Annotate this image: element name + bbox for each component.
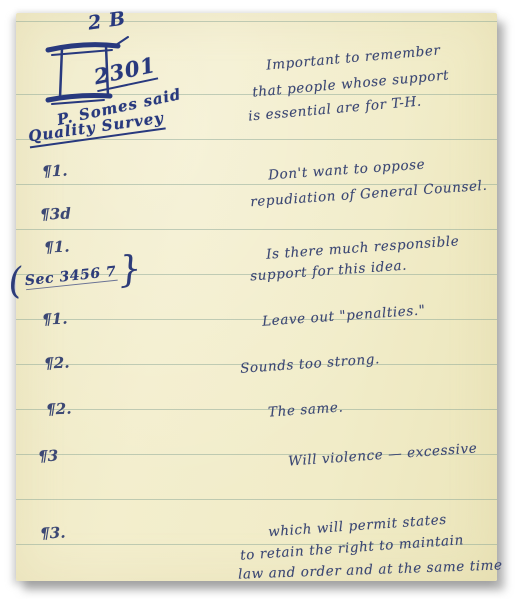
sec-label: Sec 3456 7 xyxy=(24,263,117,290)
sec-open-paren: ( xyxy=(6,264,24,301)
margin-mark: ¶3d xyxy=(40,204,72,223)
margin-mark: ¶3. xyxy=(40,524,66,543)
margin-mark: ¶3 xyxy=(38,447,59,466)
sec-close-brace: } xyxy=(117,251,144,289)
photo-of-document: 2 B 2301 P. Somes said Quality Survey Im… xyxy=(0,0,519,599)
margin-mark: ¶1. xyxy=(42,310,68,329)
margin-mark: ¶2. xyxy=(44,354,70,373)
margin-mark: ¶1. xyxy=(42,162,68,181)
margin-mark: ¶2. xyxy=(46,400,72,419)
margin-mark: ¶1. xyxy=(44,238,70,257)
